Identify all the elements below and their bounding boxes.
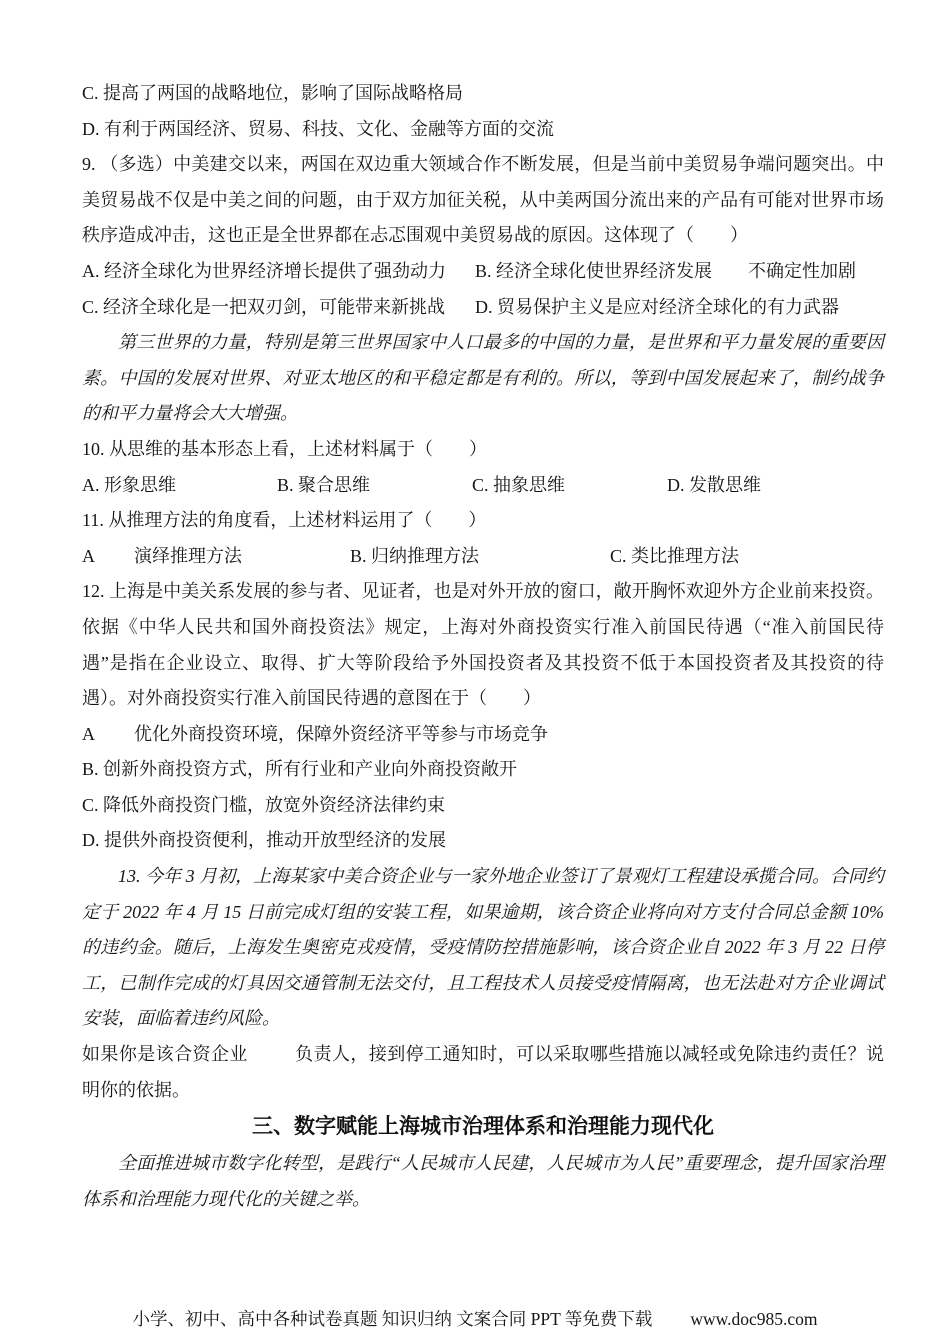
- exam-paper-page: C. 提高了两国的战略地位，影响了国际战略格局 D. 有利于两国经济、贸易、科技…: [0, 0, 950, 1344]
- q9-option-c: C. 经济全球化是一把双刃剑，可能带来新挑战: [82, 290, 445, 326]
- q13-question: 如果你是该合资企业负责人，接到停工通知时，可以采取哪些措施以减轻或免除违约责任？…: [82, 1037, 884, 1108]
- q8-option-c: C. 提高了两国的战略地位，影响了国际战略格局: [82, 76, 884, 112]
- material-world-peace: 第三世界的力量，特别是第三世界国家中人口最多的中国的力量，是世界和平力量发展的重…: [82, 325, 884, 432]
- q10-options-row: A. 形象思维 B. 聚合思维 C. 抽象思维 D. 发散思维: [82, 468, 884, 504]
- footer-site-url: www.doc985.com: [690, 1309, 817, 1329]
- page-footer: 小学、初中、高中各种试卷真题 知识归纳 文案合同 PPT 等免费下载www.do…: [0, 1306, 950, 1331]
- q12-option-a-row: A 优化外商投资环境，保障外资经济平等参与市场竞争: [82, 717, 884, 753]
- section-3-heading: 三、数字赋能上海城市治理体系和治理能力现代化: [82, 1108, 884, 1146]
- q8-option-d: D. 有利于两国经济、贸易、科技、文化、金融等方面的交流: [82, 112, 884, 148]
- q10-option-b: B. 聚合思维: [277, 468, 370, 504]
- q9-options-row-2: C. 经济全球化是一把双刃剑，可能带来新挑战 D. 贸易保护主义是应对经济全球化…: [82, 290, 884, 326]
- q10-stem: 10. 从思维的基本形态上看，上述材料属于（ ）: [82, 432, 884, 468]
- footer-promo-text: 小学、初中、高中各种试卷真题 知识归纳 文案合同 PPT 等免费下载: [132, 1309, 652, 1329]
- q10-option-c: C. 抽象思维: [472, 468, 565, 504]
- q12-stem: 12. 上海是中美关系发展的参与者、见证者，也是对外开放的窗口，敞开胸怀欢迎外方…: [82, 574, 884, 716]
- q11-stem: 11. 从推理方法的角度看，上述材料运用了（ ）: [82, 503, 884, 539]
- q12-option-c: C. 降低外商投资门槛，放宽外资经济法律约束: [82, 788, 884, 824]
- q12-option-d: D. 提供外商投资便利，推动开放型经济的发展: [82, 823, 884, 859]
- q9-option-a: A. 经济全球化为世界经济增长提供了强劲动力: [82, 254, 446, 290]
- q10-option-a: A. 形象思维: [82, 468, 176, 504]
- section-3-intro: 全面推进城市数字化转型，是践行“人民城市人民建，人民城市为人民”重要理念，提升国…: [82, 1146, 884, 1217]
- q11-option-a-label: A: [82, 539, 95, 575]
- q10-option-d: D. 发散思维: [667, 468, 761, 504]
- q11-option-c: C. 类比推理方法: [610, 539, 739, 575]
- q11-option-b: B. 归纳推理方法: [350, 539, 479, 575]
- q9-options-row-1: A. 经济全球化为世界经济增长提供了强劲动力 B. 经济全球化使世界经济发展 不…: [82, 254, 884, 290]
- q11-option-a: 演绎推理方法: [134, 539, 242, 575]
- q12-option-a-label: A: [82, 717, 95, 753]
- q9-option-b-tail: 不确定性加剧: [748, 254, 856, 290]
- q12-option-a: 优化外商投资环境，保障外资经济平等参与市场竞争: [134, 717, 548, 753]
- q13-question-pre: 如果你是该合资企业: [82, 1044, 248, 1064]
- q12-option-b: B. 创新外商投资方式，所有行业和产业向外商投资敞开: [82, 752, 884, 788]
- q13-material: 13. 今年 3 月初，上海某家中美合资企业与一家外地企业签订了景观灯工程建设承…: [82, 859, 884, 1037]
- q9-option-b: B. 经济全球化使世界经济发展: [475, 254, 712, 290]
- q9-stem: 9. （多选）中美建交以来，两国在双边重大领域合作不断发展，但是当前中美贸易争端…: [82, 147, 884, 254]
- q11-options-row: A 演绎推理方法 B. 归纳推理方法 C. 类比推理方法: [82, 539, 884, 575]
- document-content: C. 提高了两国的战略地位，影响了国际战略格局 D. 有利于两国经济、贸易、科技…: [82, 76, 884, 1217]
- q9-option-d: D. 贸易保护主义是应对经济全球化的有力武器: [475, 290, 839, 326]
